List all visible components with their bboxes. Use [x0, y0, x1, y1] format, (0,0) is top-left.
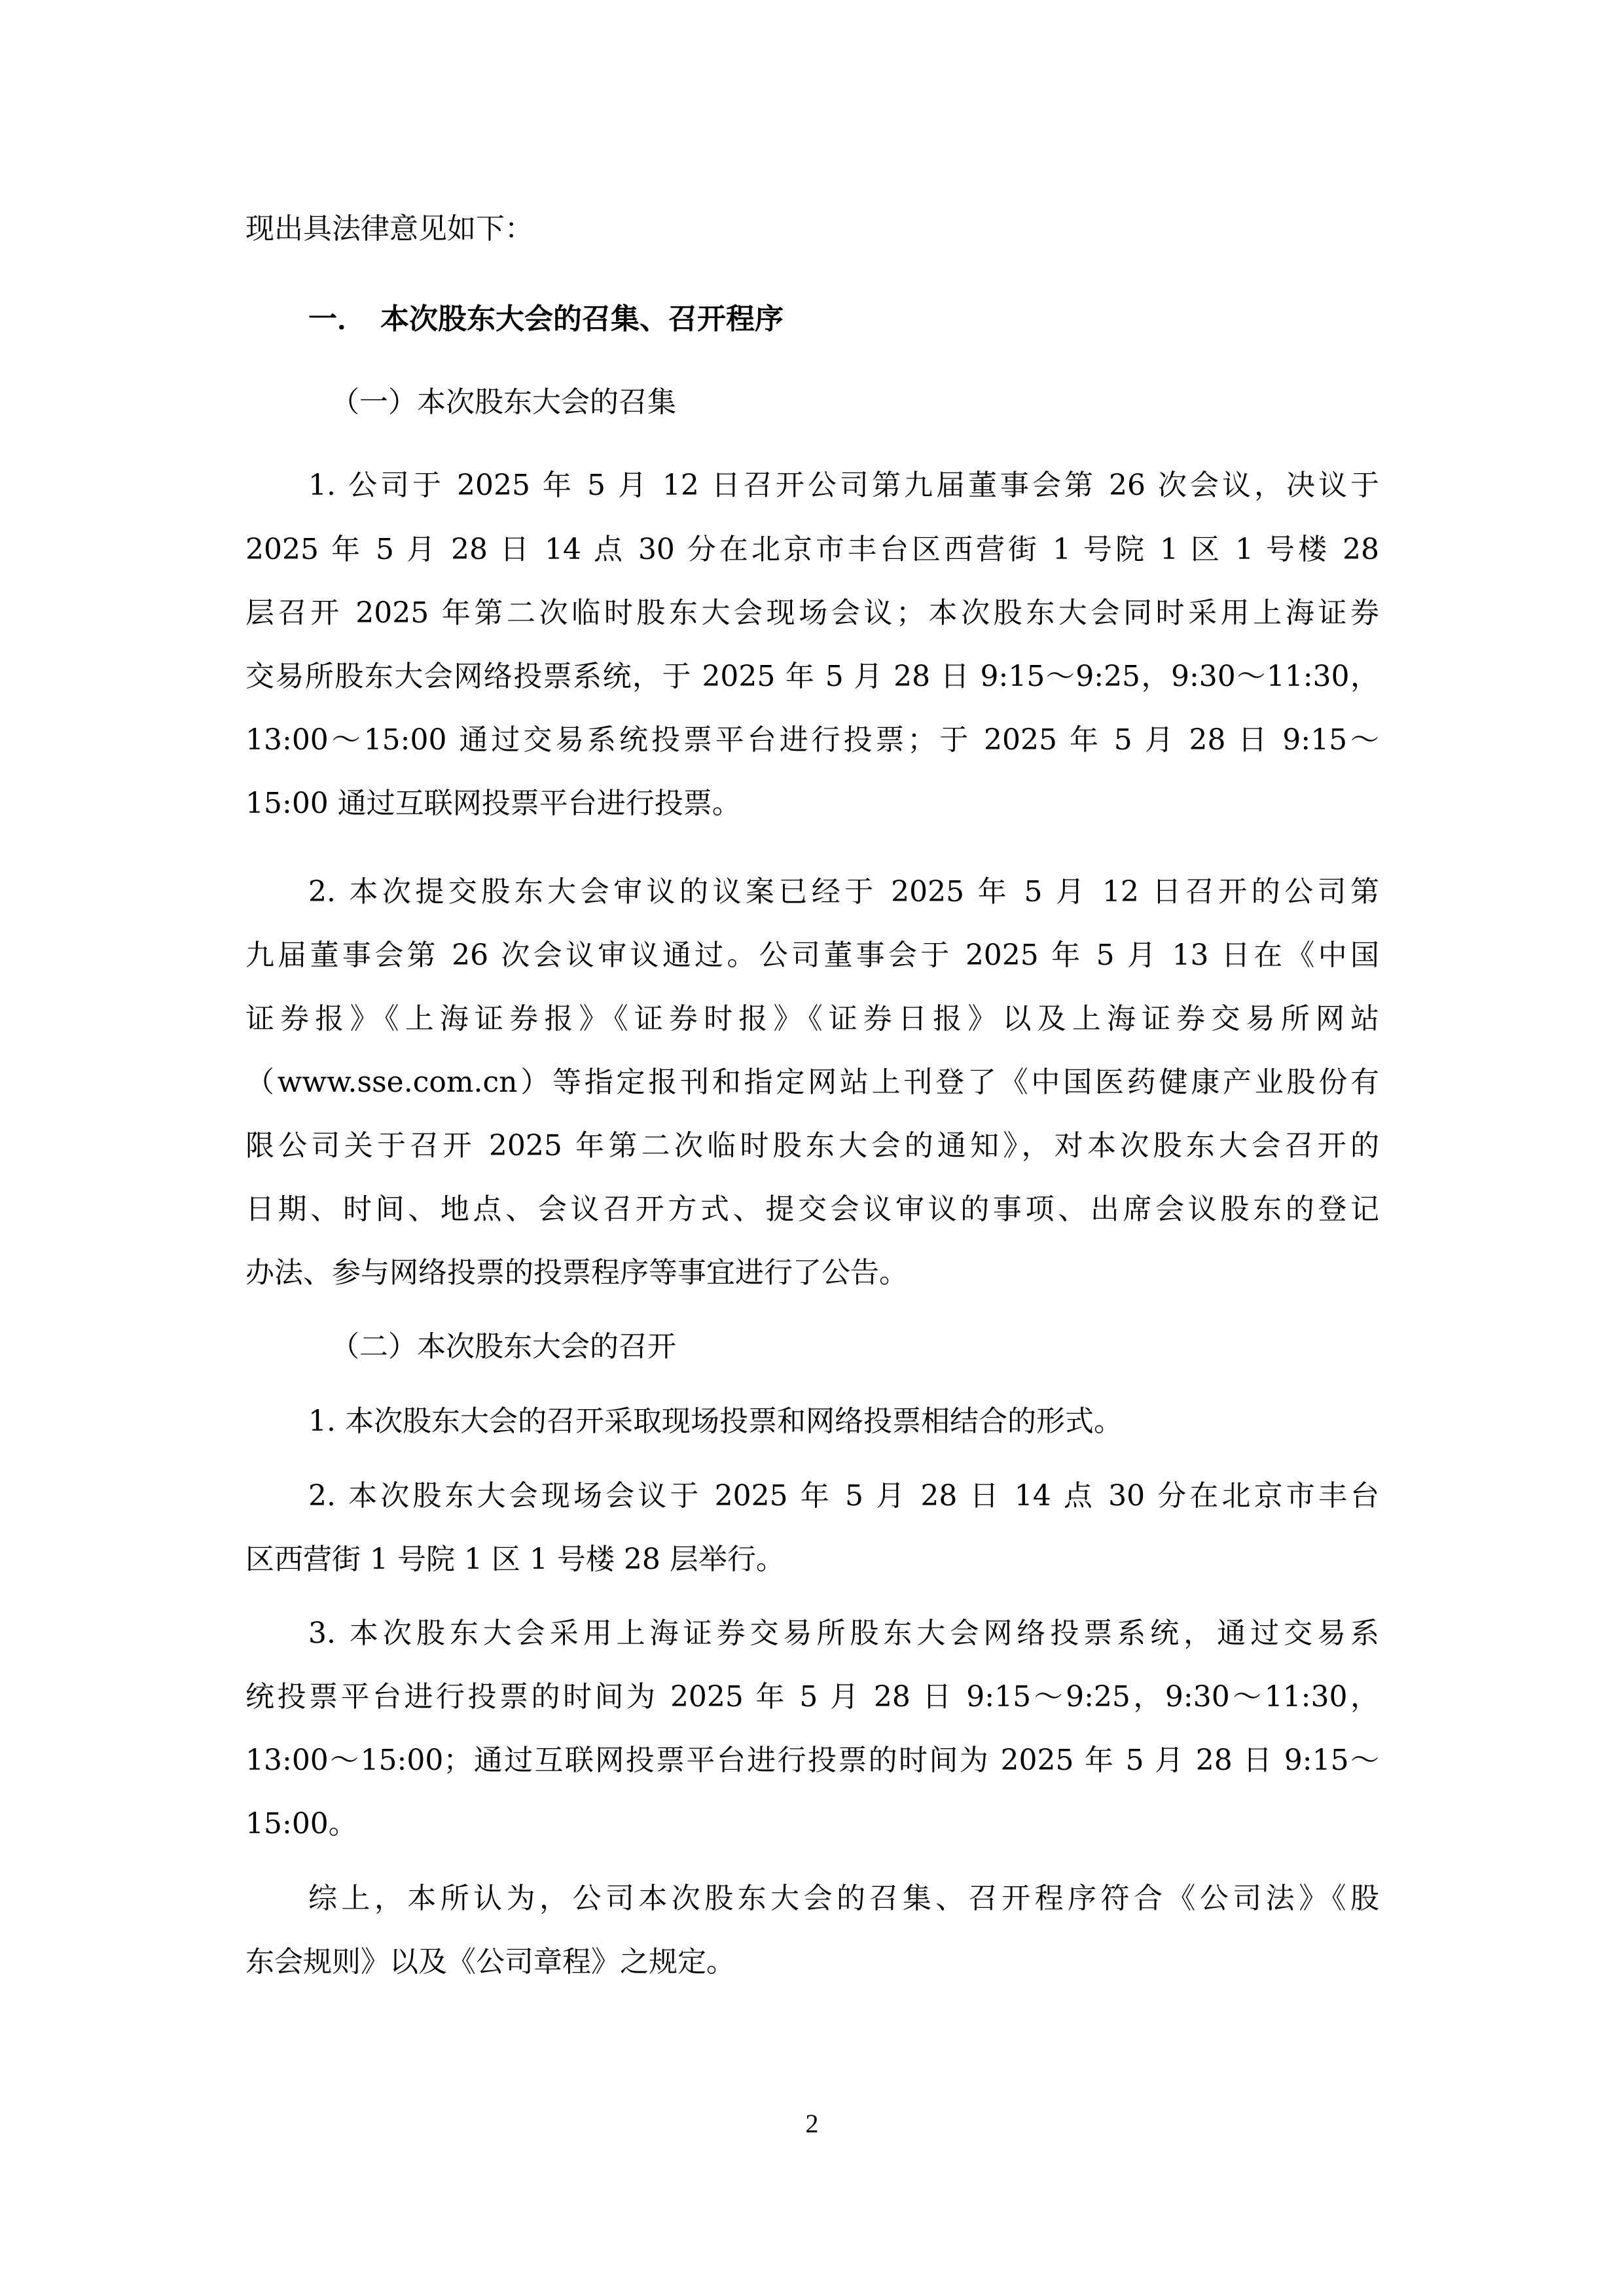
paragraph-line: 综上，本所认为，公司本次股东大会的召集、召开程序符合《公司法》《股: [308, 1879, 1379, 1918]
document-page: 现出具法律意见如下：一． 本次股东大会的召集、召开程序（一）本次股东大会的召集1…: [0, 0, 1624, 2296]
paragraph-line: 交易所股东大会网络投票系统，于 2025 年 5 月 28 日 9:15～9:2…: [245, 657, 1379, 696]
page-number: 2: [0, 2108, 1624, 2140]
paragraph-line: 15:00。: [245, 1804, 1379, 1844]
paragraph-line: 2025 年 5 月 28 日 14 点 30 分在北京市丰台区西营街 1 号院…: [245, 530, 1379, 569]
paragraph-line: 东会规则》以及《公司章程》之规定。: [245, 1943, 1379, 1982]
paragraph-line: 证券报》《上海证券报》《证券时报》《证券日报》以及上海证券交易所网站: [245, 999, 1379, 1039]
paragraph-line: （www.sse.com.cn）等指定报刊和指定网站上刊登了《中国医药健康产业股…: [245, 1063, 1379, 1102]
paragraph-line: 1. 本次股东大会的召开采取现场投票和网络投票相结合的形式。: [308, 1402, 1379, 1441]
paragraph-line: 13:00～15:00 通过交易系统投票平台进行投票；于 2025 年 5 月 …: [245, 721, 1379, 760]
paragraph-line: 15:00 通过互联网投票平台进行投票。: [245, 784, 1379, 823]
paragraph-line: 区西营街 1 号院 1 区 1 号楼 28 层举行。: [245, 1540, 1379, 1579]
paragraph-line: 2. 本次股东大会现场会议于 2025 年 5 月 28 日 14 点 30 分…: [308, 1477, 1379, 1516]
paragraph-line: 九届董事会第 26 次会议审议通过。公司董事会于 2025 年 5 月 13 日…: [245, 936, 1379, 975]
paragraph-line: 2. 本次提交股东大会审议的议案已经于 2025 年 5 月 12 日召开的公司…: [308, 872, 1379, 912]
subsection-heading: （一）本次股东大会的召集: [331, 383, 1379, 422]
paragraph-line: 限公司关于召开 2025 年第二次临时股东大会的通知》，对本次股东大会召开的: [245, 1126, 1379, 1166]
section-heading: 一． 本次股东大会的召集、召开程序: [308, 300, 1379, 339]
paragraph-line: 3. 本次股东大会采用上海证券交易所股东大会网络投票系统，通过交易系: [308, 1614, 1379, 1653]
paragraph-line: 13:00～15:00；通过互联网投票平台进行投票的时间为 2025 年 5 月…: [245, 1741, 1379, 1780]
paragraph-line: 日期、时间、地点、会议召开方式、提交会议审议的事项、出席会议股东的登记: [245, 1190, 1379, 1229]
subsection-heading: （二）本次股东大会的召开: [331, 1327, 1379, 1367]
paragraph-line: 办法、参与网络投票的投票程序等事宜进行了公告。: [245, 1253, 1379, 1293]
paragraph-line: 1. 公司于 2025 年 5 月 12 日召开公司第九届董事会第 26 次会议…: [308, 466, 1379, 505]
paragraph-line: 统投票平台进行投票的时间为 2025 年 5 月 28 日 9:15～9:25，…: [245, 1677, 1379, 1717]
intro: 现出具法律意见如下：: [245, 209, 1379, 249]
paragraph-line: 层召开 2025 年第二次临时股东大会现场会议；本次股东大会同时采用上海证券: [245, 594, 1379, 633]
